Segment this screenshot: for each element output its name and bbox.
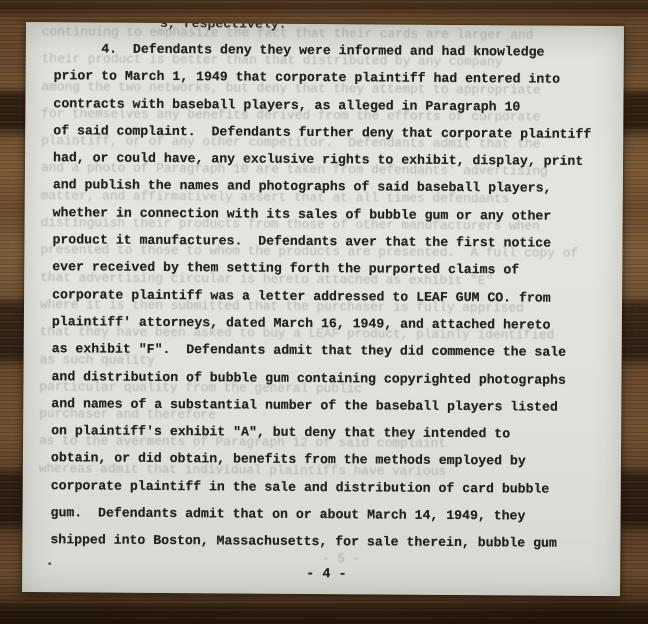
typed-line: ever received by them setting forth the … [52,254,612,285]
typed-line: 4. Defendants deny they were informed an… [54,35,614,66]
typed-line: on plaintiff's exhibit "A", but deny tha… [51,417,611,448]
typed-line: had, or could have, any exclusive rights… [53,144,613,175]
typed-line: corporate plaintiff was a letter address… [52,281,612,312]
page-number: - 4 - [306,567,347,582]
typed-line: and distribution of bubble gum containin… [51,363,611,394]
photo-background: s, respectively. continuing to emphasize… [0,0,648,624]
typed-line: obtain, or did obtain, benefits from the… [51,445,611,476]
paper-document: s, respectively. continuing to emphasize… [22,22,624,596]
typed-line: plaintiff' attorneys, dated March 16, 19… [52,308,612,339]
typed-body: 4. Defendants deny they were informed an… [50,35,614,558]
ink-speck [48,562,51,565]
typed-line: contracts with baseball players, as alle… [53,90,613,121]
typed-line: product it manufactures. Defendants aver… [52,226,612,257]
typed-line: of said complaint. Defendants further de… [53,117,613,148]
typed-line: as exhibit "F". Defendants admit that th… [52,335,612,366]
typed-line: and publish the names and photographs of… [53,172,613,203]
typed-line: corporate plaintiff in the sale and dist… [51,472,611,503]
bleed-through-page-number: - 5 - [322,552,360,566]
typed-line: gum. Defendants admit that on or about M… [50,499,610,530]
typed-line: and names of a substantial number of the… [51,390,611,421]
typed-line: prior to March 1, 1949 that corporate pl… [54,62,614,93]
typed-line: whether in connection with its sales of … [53,199,613,230]
